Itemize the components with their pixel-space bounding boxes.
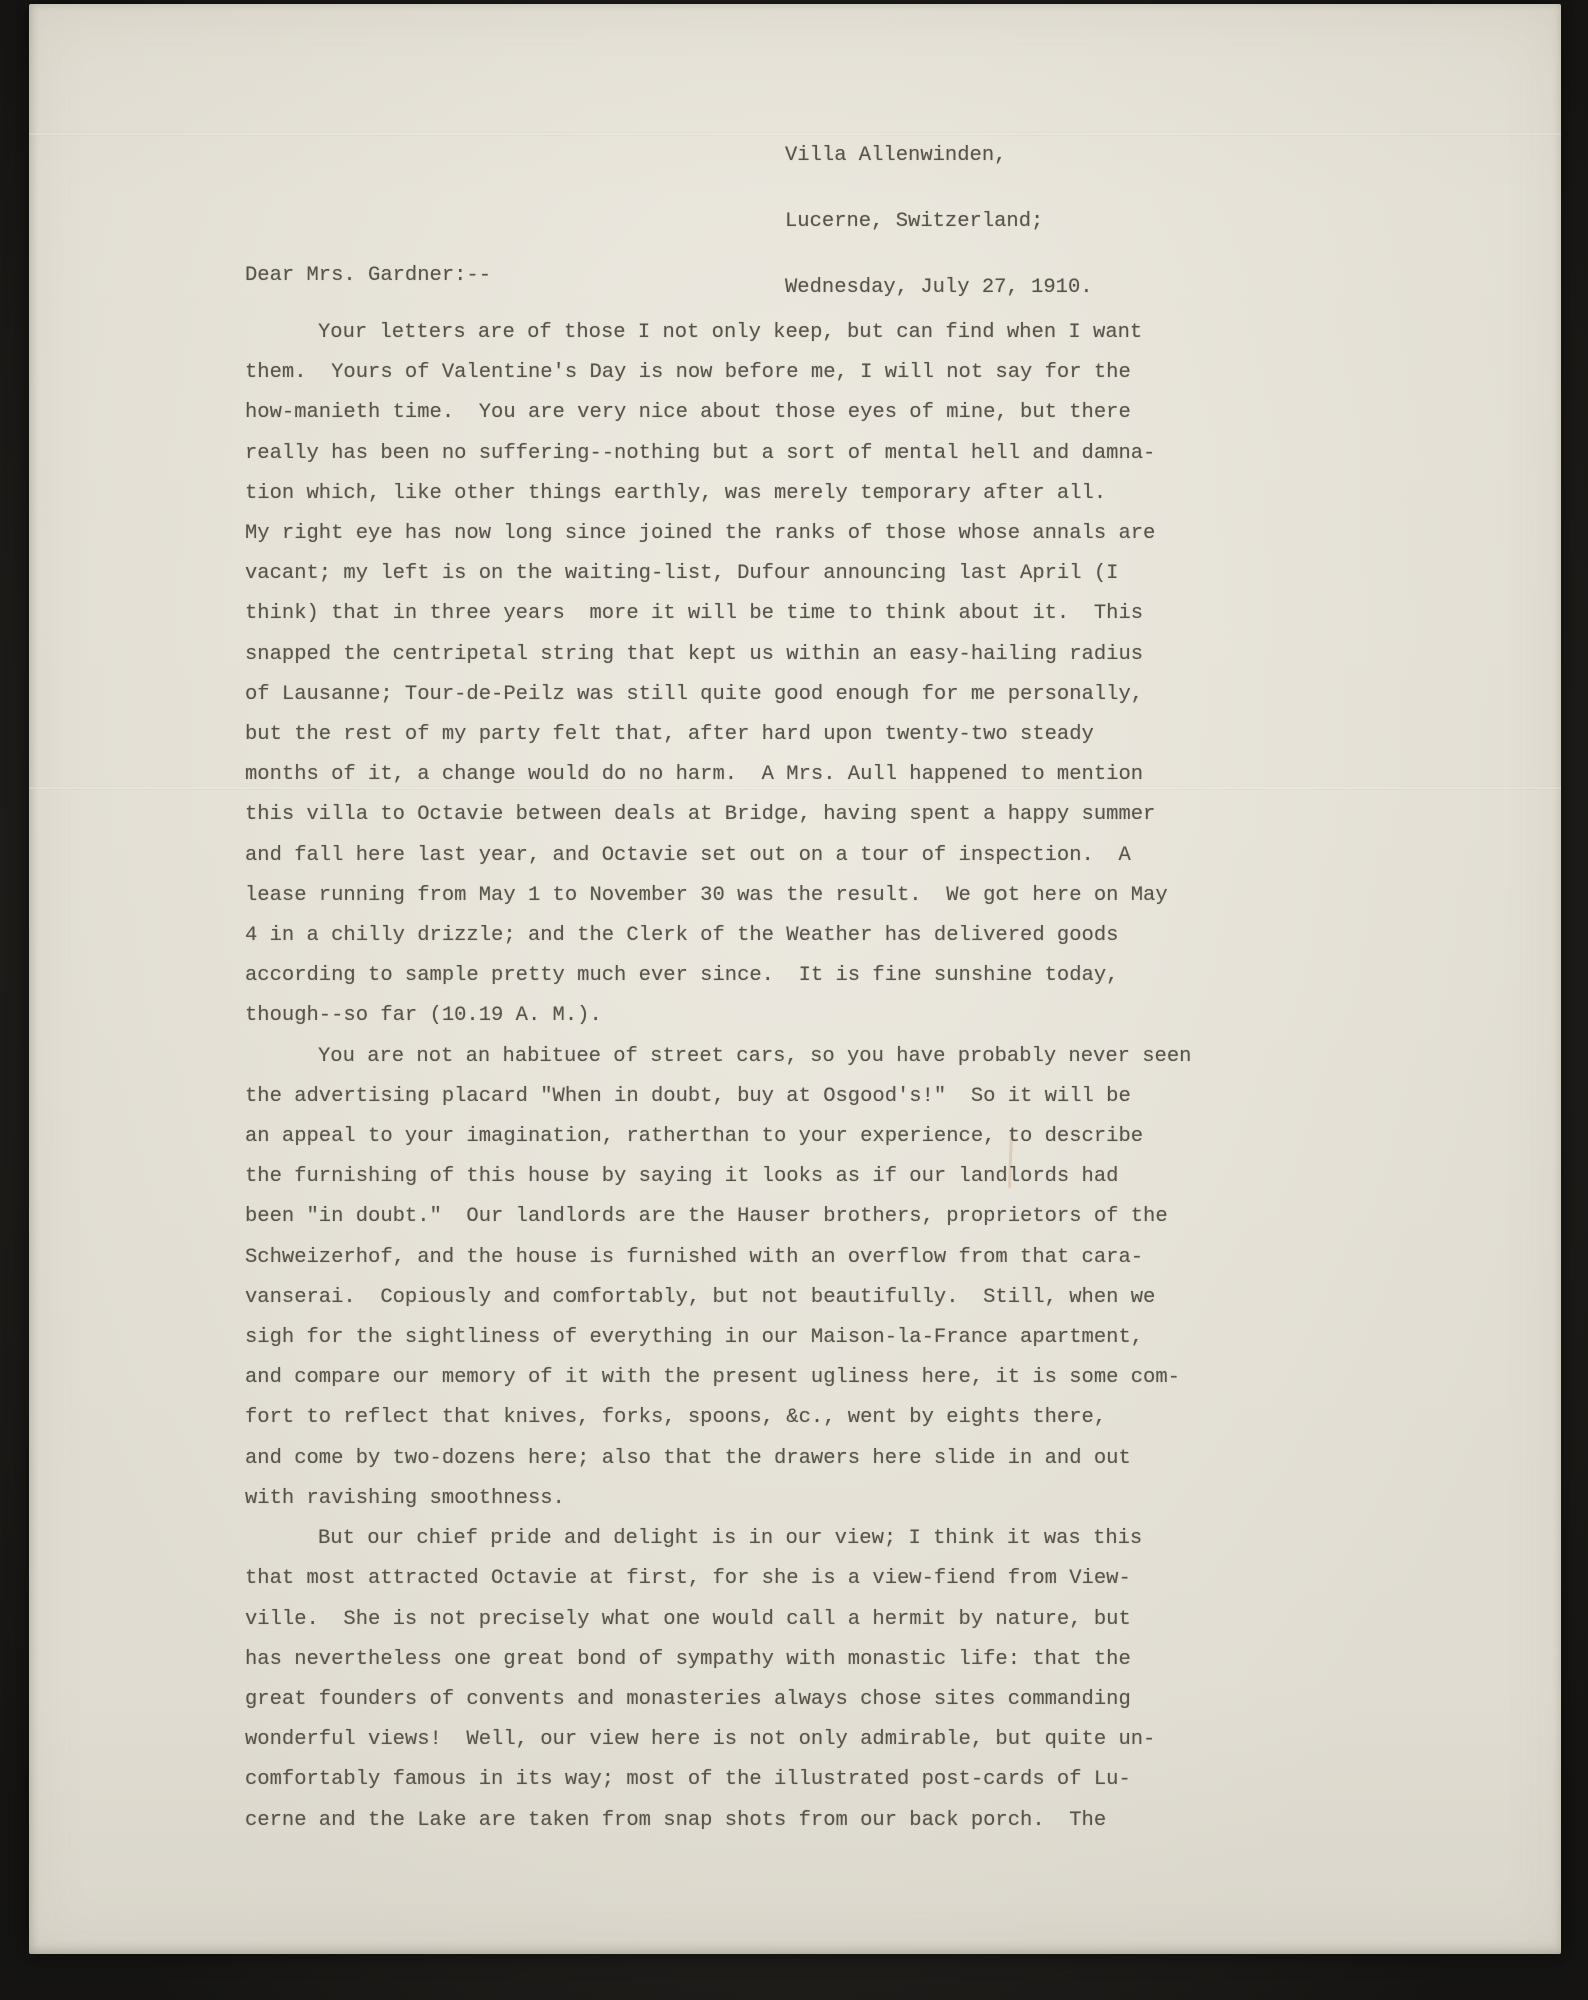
letter-line: and compare our memory of it with the pr… bbox=[245, 1358, 1191, 1398]
letter-line: of Lausanne; Tour-de-Peilz was still qui… bbox=[245, 675, 1191, 715]
letter-line: been "in doubt." Our landlords are the H… bbox=[245, 1197, 1191, 1237]
letter-line: vacant; my left is on the waiting-list, … bbox=[245, 554, 1191, 594]
letter-line: this villa to Octavie between deals at B… bbox=[245, 795, 1191, 835]
letter-line: great founders of convents and monasteri… bbox=[245, 1680, 1191, 1720]
letter-line: with ravishing smoothness. bbox=[245, 1479, 1191, 1519]
letter-line: Your letters are of those I not only kee… bbox=[245, 313, 1191, 353]
salutation: Dear Mrs. Gardner:-- bbox=[245, 256, 491, 296]
letter-line: but the rest of my party felt that, afte… bbox=[245, 715, 1191, 755]
letter-line: months of it, a change would do no harm.… bbox=[245, 755, 1191, 795]
letter-line: My right eye has now long since joined t… bbox=[245, 514, 1191, 554]
letter-line: 4 in a chilly drizzle; and the Clerk of … bbox=[245, 916, 1191, 956]
letter-line: ville. She is not precisely what one wou… bbox=[245, 1600, 1191, 1640]
letter-line: them. Yours of Valentine's Day is now be… bbox=[245, 353, 1191, 393]
letter-line: and come by two-dozens here; also that t… bbox=[245, 1439, 1191, 1479]
letter-line: has nevertheless one great bond of sympa… bbox=[245, 1640, 1191, 1680]
letter-line: the furnishing of this house by saying i… bbox=[245, 1157, 1191, 1197]
letter-line: really has been no suffering--nothing bu… bbox=[245, 434, 1191, 474]
letterhead-city-line: Lucerne, Switzerland; bbox=[785, 211, 1093, 233]
letter-line: wonderful views! Well, our view here is … bbox=[245, 1720, 1191, 1760]
letter-body: Your letters are of those I not only kee… bbox=[245, 313, 1191, 1841]
letter-line: snapped the centripetal string that kept… bbox=[245, 635, 1191, 675]
letter-line: the advertising placard "When in doubt, … bbox=[245, 1077, 1191, 1117]
letter-line: But our chief pride and delight is in ou… bbox=[245, 1519, 1191, 1559]
letter-line: Schweizerhof, and the house is furnished… bbox=[245, 1238, 1191, 1278]
letter-line: You are not an habituee of street cars, … bbox=[245, 1037, 1191, 1077]
scan-background: Villa Allenwinden, Lucerne, Switzerland;… bbox=[0, 0, 1588, 2000]
letterhead-date-line: Wednesday, July 27, 1910. bbox=[785, 277, 1093, 299]
letter-line: sigh for the sightliness of everything i… bbox=[245, 1318, 1191, 1358]
letterhead: Villa Allenwinden, Lucerne, Switzerland;… bbox=[785, 101, 1093, 343]
letter-line: an appeal to your imagination, rathertha… bbox=[245, 1117, 1191, 1157]
letter-line: think) that in three years more it will … bbox=[245, 594, 1191, 634]
letter-line: tion which, like other things earthly, w… bbox=[245, 474, 1191, 514]
letter-page: Villa Allenwinden, Lucerne, Switzerland;… bbox=[29, 4, 1561, 1954]
letter-line: and fall here last year, and Octavie set… bbox=[245, 836, 1191, 876]
letter-line: vanserai. Copiously and comfortably, but… bbox=[245, 1278, 1191, 1318]
letter-line: according to sample pretty much ever sin… bbox=[245, 956, 1191, 996]
letterhead-villa-line: Villa Allenwinden, bbox=[785, 145, 1093, 167]
letter-line: that most attracted Octavie at first, fo… bbox=[245, 1559, 1191, 1599]
letter-line: how-manieth time. You are very nice abou… bbox=[245, 393, 1191, 433]
letter-line: cerne and the Lake are taken from snap s… bbox=[245, 1801, 1191, 1841]
letter-line: lease running from May 1 to November 30 … bbox=[245, 876, 1191, 916]
letter-line: fort to reflect that knives, forks, spoo… bbox=[245, 1398, 1191, 1438]
letter-line: though--so far (10.19 A. M.). bbox=[245, 996, 1191, 1036]
letter-line: comfortably famous in its way; most of t… bbox=[245, 1760, 1191, 1800]
